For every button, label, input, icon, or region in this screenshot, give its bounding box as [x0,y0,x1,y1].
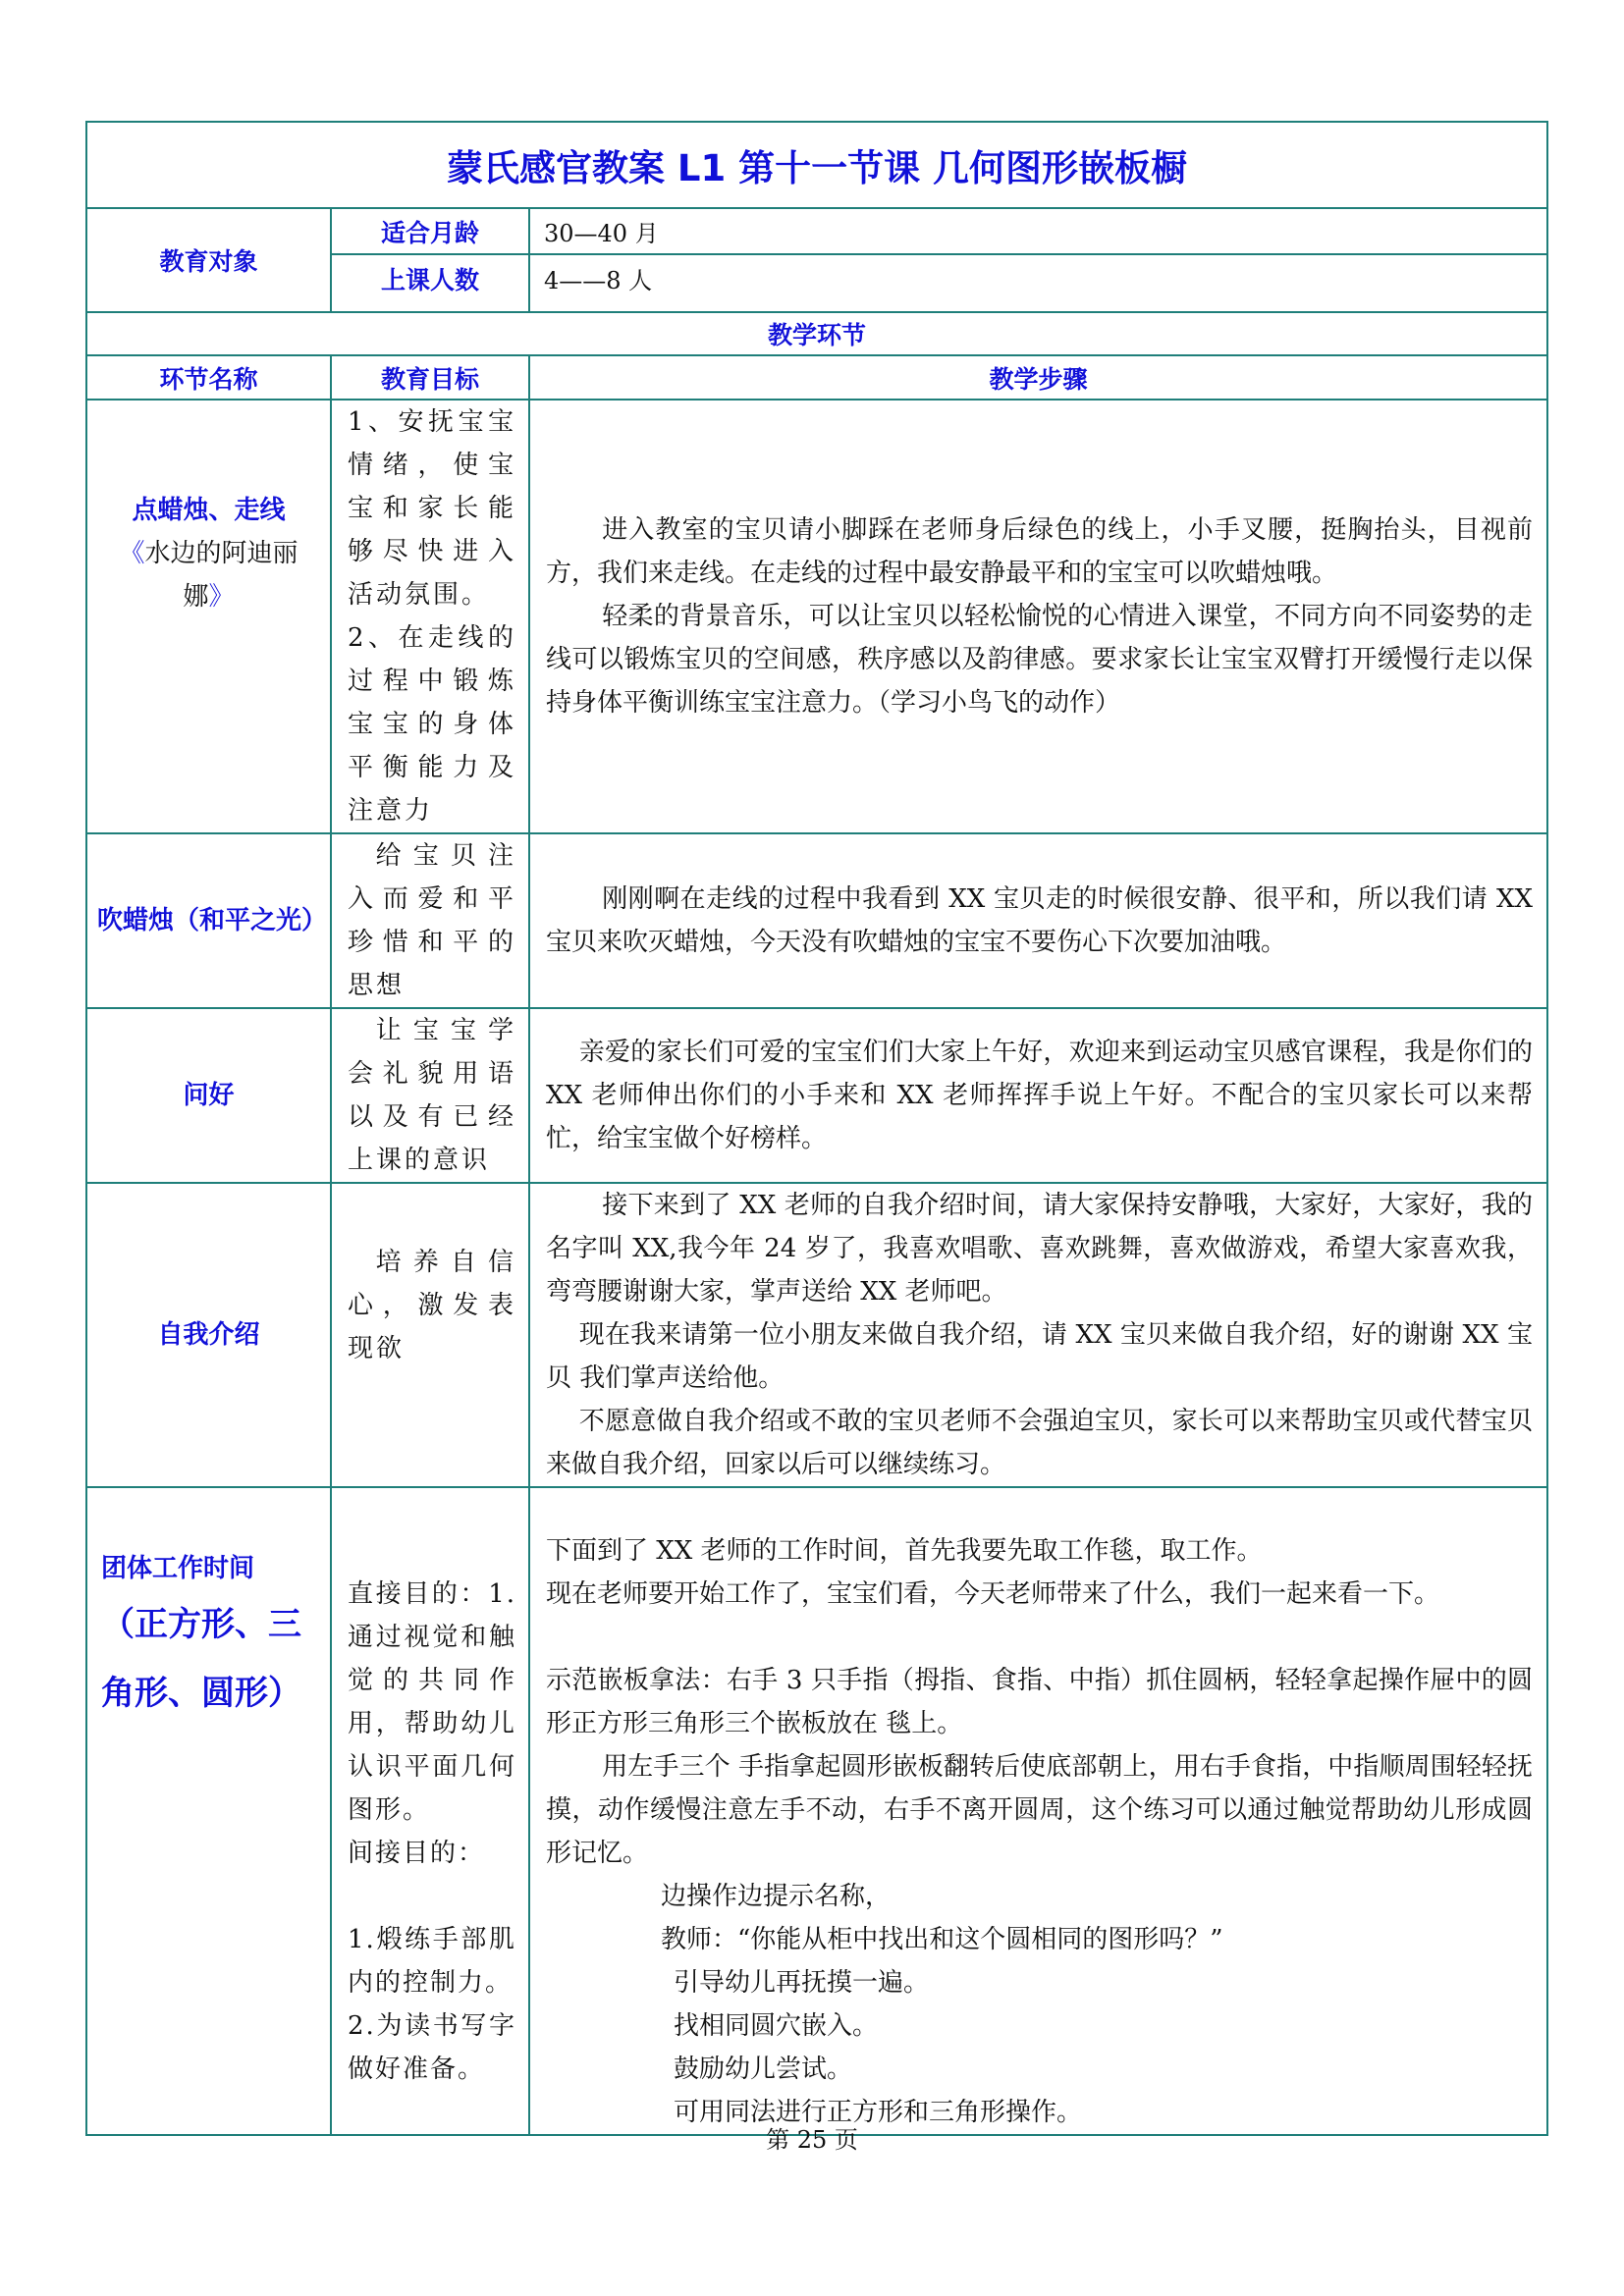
age-value: 30—40 月 [529,208,1547,254]
step-name: 吹蜡烛（和平之光） [86,833,331,1008]
step-details: 亲爱的家长们可爱的宝宝们们大家上午好，欢迎来到运动宝贝感官课程，我是你们的 XX… [529,1008,1547,1183]
step-goal: 给宝贝注入而爱和平珍惜和平的思想 [331,833,529,1008]
step-name: 点蜡烛、走线 [97,489,320,532]
step-details: 刚刚啊在走线的过程中我看到 XX 宝贝走的时候很安静、很平和，所以我们请 XX … [529,833,1547,1008]
column-header-goal: 教育目标 [331,355,529,400]
step-name-cell: 点蜡烛、走线 《水边的阿迪丽娜》 [86,400,331,833]
step-goal: 让宝宝学会礼貌用语以及有已经上课的意识 [331,1008,529,1183]
step-name-subtitle: 《水边的阿迪丽娜》 [97,532,320,618]
age-label: 适合月龄 [331,208,529,254]
lesson-plan-table: 蒙氏感官教案 L1 第十一节课 几何图形嵌板橱 教育对象 适合月龄 30—40 … [85,121,1548,2136]
step-name: 自我介绍 [86,1183,331,1487]
step-goal: 1、安抚宝宝情绪，使宝宝和家长能够尽快进入活动氛围。 2、在走线的过程中锻炼宝宝… [331,400,529,833]
table-row: 自我介绍 培养自信心，激发表现欲 接下来到了 XX 老师的自我介绍时间，请大家保… [86,1183,1547,1487]
section-header: 教学环节 [86,312,1547,355]
document-page: 蒙氏感官教案 L1 第十一节课 几何图形嵌板橱 教育对象 适合月龄 30—40 … [0,0,1624,2296]
column-header-steps: 教学步骤 [529,355,1547,400]
table-row: 吹蜡烛（和平之光） 给宝贝注入而爱和平珍惜和平的思想 刚刚啊在走线的过程中我看到… [86,833,1547,1008]
target-group-label: 教育对象 [86,208,331,312]
step-goal: 直接目的：1.通过视觉和触觉的共同作用，帮助幼儿认识平面几何图形。 间接目的： … [331,1487,529,2135]
step-name: 问好 [86,1008,331,1183]
step-name-cell: 团体工作时间 （正方形、三角形、圆形） [86,1487,331,2135]
class-size-value: 4——8 人 [529,254,1547,312]
table-row: 团体工作时间 （正方形、三角形、圆形） 直接目的：1.通过视觉和触觉的共同作用，… [86,1487,1547,2135]
step-goal: 培养自信心，激发表现欲 [331,1183,529,1487]
class-size-label: 上课人数 [331,254,529,312]
step-name: 团体工作时间 [101,1547,322,1590]
step-name-shapes: （正方形、三角形、圆形） [101,1590,322,1728]
table-row: 点蜡烛、走线 《水边的阿迪丽娜》 1、安抚宝宝情绪，使宝宝和家长能够尽快进入活动… [86,400,1547,833]
step-details: 下面到了 XX 老师的工作时间，首先我要先取工作毯，取工作。 现在老师要开始工作… [529,1487,1547,2135]
step-details: 进入教室的宝贝请小脚踩在老师身后绿色的线上，小手叉腰，挺胸抬头，目视前方，我们来… [529,400,1547,833]
page-number: 第 25 页 [0,2120,1624,2155]
document-title: 蒙氏感官教案 L1 第十一节课 几何图形嵌板橱 [86,122,1547,208]
step-details: 接下来到了 XX 老师的自我介绍时间，请大家保持安静哦，大家好，大家好，我的名字… [529,1183,1547,1487]
column-header-name: 环节名称 [86,355,331,400]
table-row: 问好 让宝宝学会礼貌用语以及有已经上课的意识 亲爱的家长们可爱的宝宝们们大家上午… [86,1008,1547,1183]
